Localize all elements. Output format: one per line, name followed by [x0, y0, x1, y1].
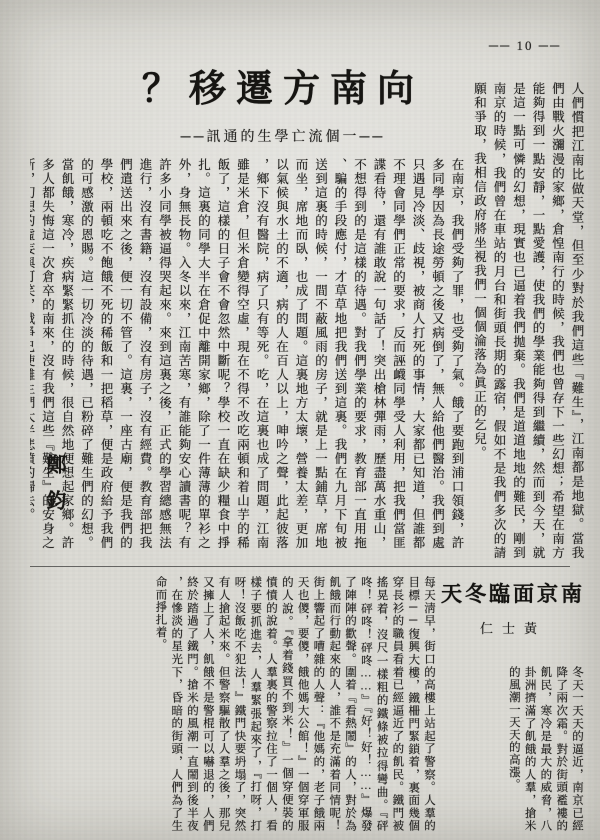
scanned-newspaper-page: ── 10 ── ？移遷方南向 ──訊通的生學亡流個一── 在南京，我們受夠了罪… [0, 0, 600, 840]
article-bottom: 每天淸早，街口的高樓上站起了警察。人羣的目標──復興大樓，鐵柵門緊鎖着，裏面幾個… [28, 576, 590, 834]
article-bottom-left-region: 每天淸早，街口的高樓上站起了警察。人羣的目標──復興大樓，鐵柵門緊鎖着，裏面幾個… [28, 576, 436, 834]
article-divider-rule [30, 566, 570, 567]
article-bottom-body-left: 每天淸早，街口的高樓上站起了警察。人羣的目標──復興大樓，鐵柵門緊鎖着，裏面幾個… [28, 576, 436, 832]
article-top-right-region: 人們慣把江南比做天堂，但至少對於我們這些『難生』，江南都是地獄。當我們由戰火瀰漫… [466, 52, 586, 564]
article-bottom-headline-area: 天冬臨面京南 仁士黃 [436, 576, 590, 666]
article-top-left-region: ？移遷方南向 ──訊通的生學亡流個一── 在南京，我們受夠了罪，也受夠了氣。餓了… [30, 52, 466, 564]
article-bottom-title: 天冬臨面京南 [436, 578, 590, 608]
article-top-subtitle: ──訊通的生學亡流個一── [100, 126, 466, 146]
article-bottom-body-right: 冬天一天天的逼近，南京已經降了兩次霜。對於街頭襤褸的飢民，寒冷是最大的威脅，八卦… [472, 666, 584, 832]
article-top-signature: 鄭鈞 [40, 454, 69, 550]
article-top-body-right: 人們慣把江南比做天堂，但至少對於我們這些『難生』，江南都是地獄。當我們由戰火瀰漫… [466, 82, 586, 560]
article-top-title: ？移遷方南向 [100, 58, 466, 112]
article-bottom-right-region: 天冬臨面京南 仁士黃 冬天一天天的逼近，南京已經降了兩次霜。對於街頭襤褸的飢民，… [436, 576, 590, 834]
article-top-headline-area: ？移遷方南向 ──訊通的生學亡流個一── [100, 52, 466, 146]
article-top: ？移遷方南向 ──訊通的生學亡流個一── 在南京，我們受夠了罪，也受夠了氣。餓了… [30, 52, 586, 564]
article-bottom-byline: 仁士黃 [436, 618, 590, 637]
article-top-body-left: 在南京，我們受夠了罪，也受夠了氣。餓了要跑到浦口領錢，許多同學因為長途勞頓之後又… [30, 158, 466, 550]
